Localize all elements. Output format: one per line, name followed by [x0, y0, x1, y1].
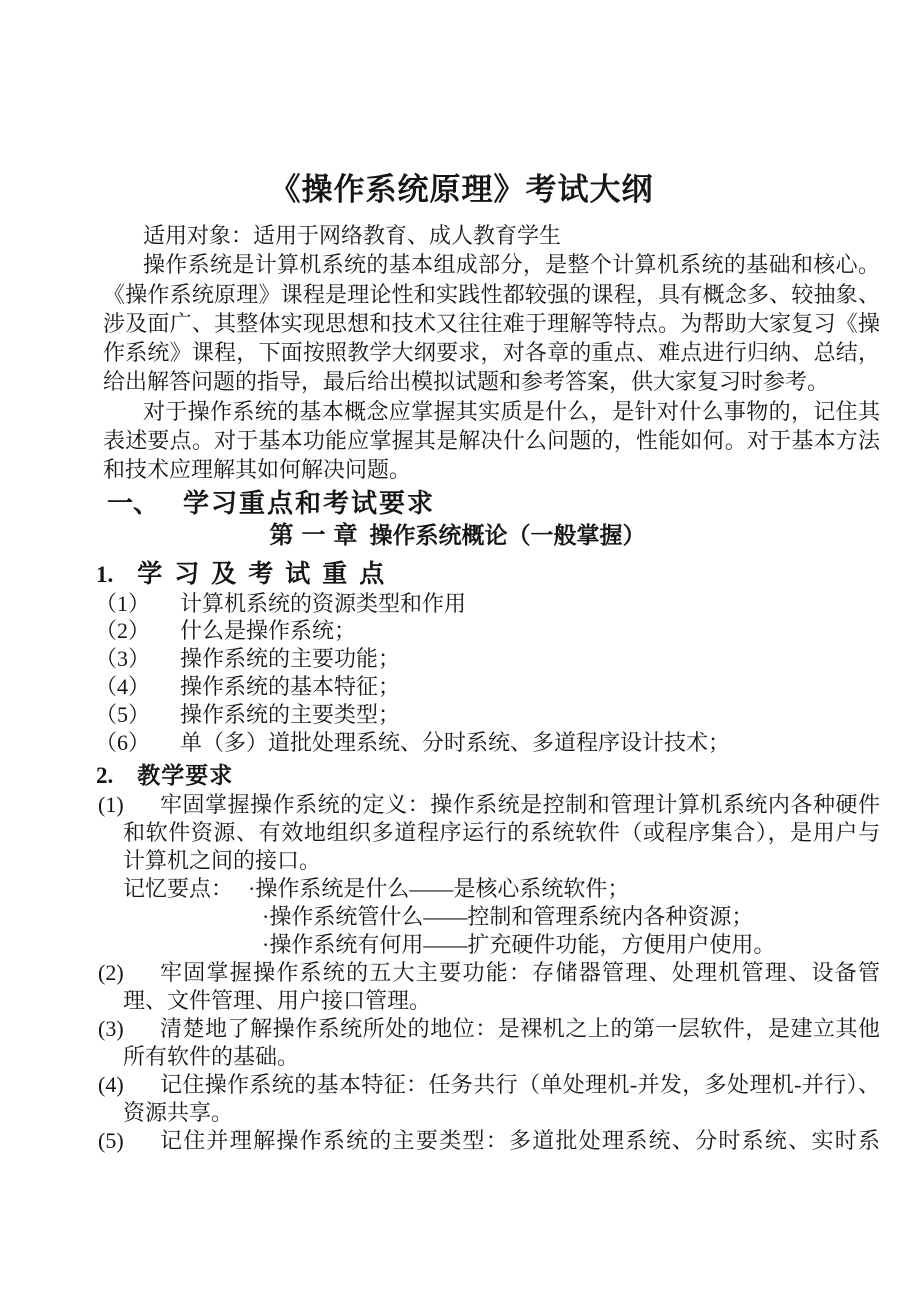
chapter-heading: 第一章操作系统概论（一般掌握）	[95, 520, 880, 555]
list-item: （2） 什么是操作系统；	[95, 617, 880, 645]
list-item-number: (4)	[98, 1071, 124, 1099]
teaching-req-heading-text: 教学要求	[137, 763, 233, 788]
list-item-number: （4）	[95, 673, 180, 701]
memory-point-row: ·操作系统管什么——控制和管理系统内各种资源；	[95, 903, 880, 931]
section-heading-number: 一、	[107, 489, 159, 518]
list-item-text: 清楚地了解操作系统所处的地位：是裸机之上的第一层软件，是建立其他所有软件的基础。	[123, 1015, 880, 1071]
list-item: （3） 操作系统的主要功能；	[95, 645, 880, 673]
memory-points-label: 记忆要点：	[123, 875, 248, 903]
list-item-number: （5）	[95, 701, 180, 729]
memory-point-bullet: ·操作系统是什么——是核心系统软件；	[248, 876, 629, 901]
list-item-text: 单（多）道批处理系统、分时系统、多道程序设计技术；	[180, 729, 880, 757]
teaching-req-list: (1) 牢固掌握操作系统的定义：操作系统是控制和管理计算机系统内各种硬件和软件资…	[95, 791, 880, 1155]
list-item: （4） 操作系统的基本特征；	[95, 673, 880, 701]
list-item-text: 什么是操作系统；	[180, 617, 880, 645]
memory-point-bullet: ·操作系统有何用——扩充硬件功能，方便用户使用。	[262, 932, 775, 957]
list-item-number: （1）	[95, 590, 180, 618]
chapter-number: 第一章	[270, 523, 366, 549]
list-item-text: 记住操作系统的基本特征：任务共行（单处理机-并发，多处理机-并行）、资源共享。	[123, 1071, 880, 1127]
list-item-text: 计算机系统的资源类型和作用	[180, 590, 880, 618]
chapter-title: 操作系统概论（一般掌握）	[370, 523, 646, 548]
list-item-number: (2)	[98, 959, 124, 987]
section-heading-text: 学习重点和考试要求	[183, 489, 435, 518]
list-item-text: 操作系统的主要功能；	[180, 645, 880, 673]
intro-paragraph-2: 对于操作系统的基本概念应掌握其实质是什么，是针对什么事物的，记住其表述要点。对于…	[103, 397, 880, 485]
list-item-number: （3）	[95, 645, 180, 673]
study-focus-heading-text: 学习及考试重点	[137, 561, 396, 588]
memory-point-row: 记忆要点：·操作系统是什么——是核心系统软件；	[95, 875, 880, 903]
study-focus-heading: 1.学习及考试重点	[96, 559, 880, 590]
requirement-item: (3) 清楚地了解操作系统所处的地位：是裸机之上的第一层软件，是建立其他所有软件…	[95, 1015, 880, 1071]
requirement-item: (2) 牢固掌握操作系统的五大主要功能：存储器管理、处理机管理、设备管理、文件管…	[95, 959, 880, 1015]
memory-point-bullet: ·操作系统管什么——控制和管理系统内各种资源；	[262, 904, 753, 929]
list-item: （5） 操作系统的主要类型；	[95, 701, 880, 729]
list-item-text: 记住并理解操作系统的主要类型：多道批处理系统、分时系统、实时系	[123, 1127, 880, 1155]
list-item-text: 牢固掌握操作系统的五大主要功能：存储器管理、处理机管理、设备管理、文件管理、用户…	[123, 959, 880, 1015]
document-page: 《操作系统原理》考试大纲 适用对象：适用于网络教育、成人教育学生 操作系统是计算…	[0, 0, 920, 1300]
list-item: （1） 计算机系统的资源类型和作用	[95, 590, 880, 618]
list-item-number: (1)	[98, 791, 124, 819]
list-item-text: 操作系统的主要类型；	[180, 701, 880, 729]
list-item-number: （2）	[95, 617, 180, 645]
teaching-req-heading-number: 2.	[96, 763, 113, 788]
requirement-item: (1) 牢固掌握操作系统的定义：操作系统是控制和管理计算机系统内各种硬件和软件资…	[95, 791, 880, 875]
requirement-item: (4) 记住操作系统的基本特征：任务共行（单处理机-并发，多处理机-并行）、资源…	[95, 1071, 880, 1127]
list-item: （6） 单（多）道批处理系统、分时系统、多道程序设计技术；	[95, 729, 880, 757]
page-title: 《操作系统原理》考试大纲	[95, 170, 880, 210]
study-focus-list: （1） 计算机系统的资源类型和作用 （2） 什么是操作系统； （3） 操作系统的…	[95, 590, 880, 757]
list-item-number: （6）	[95, 729, 180, 757]
list-item-text: 操作系统的基本特征；	[180, 673, 880, 701]
memory-points: 记忆要点：·操作系统是什么——是核心系统软件； ·操作系统管什么——控制和管理系…	[95, 875, 880, 959]
requirement-item: (5) 记住并理解操作系统的主要类型：多道批处理系统、分时系统、实时系	[95, 1127, 880, 1155]
section-heading: 一、学习重点和考试要求	[107, 488, 880, 519]
list-item-number: (5)	[98, 1127, 124, 1155]
teaching-req-heading: 2.教学要求	[96, 760, 880, 791]
list-item-text: 牢固掌握操作系统的定义：操作系统是控制和管理计算机系统内各种硬件和软件资源、有效…	[123, 791, 880, 875]
intro-paragraph-1: 操作系统是计算机系统的基本组成部分，是整个计算机系统的基础和核心。《操作系统原理…	[103, 250, 880, 396]
memory-point-row: ·操作系统有何用——扩充硬件功能，方便用户使用。	[95, 931, 880, 959]
audience-line: 适用对象：适用于网络教育、成人教育学生	[103, 221, 880, 250]
list-item-number: (3)	[98, 1015, 124, 1043]
document-content: 《操作系统原理》考试大纲 适用对象：适用于网络教育、成人教育学生 操作系统是计算…	[95, 170, 880, 1155]
study-focus-heading-number: 1.	[96, 562, 113, 587]
